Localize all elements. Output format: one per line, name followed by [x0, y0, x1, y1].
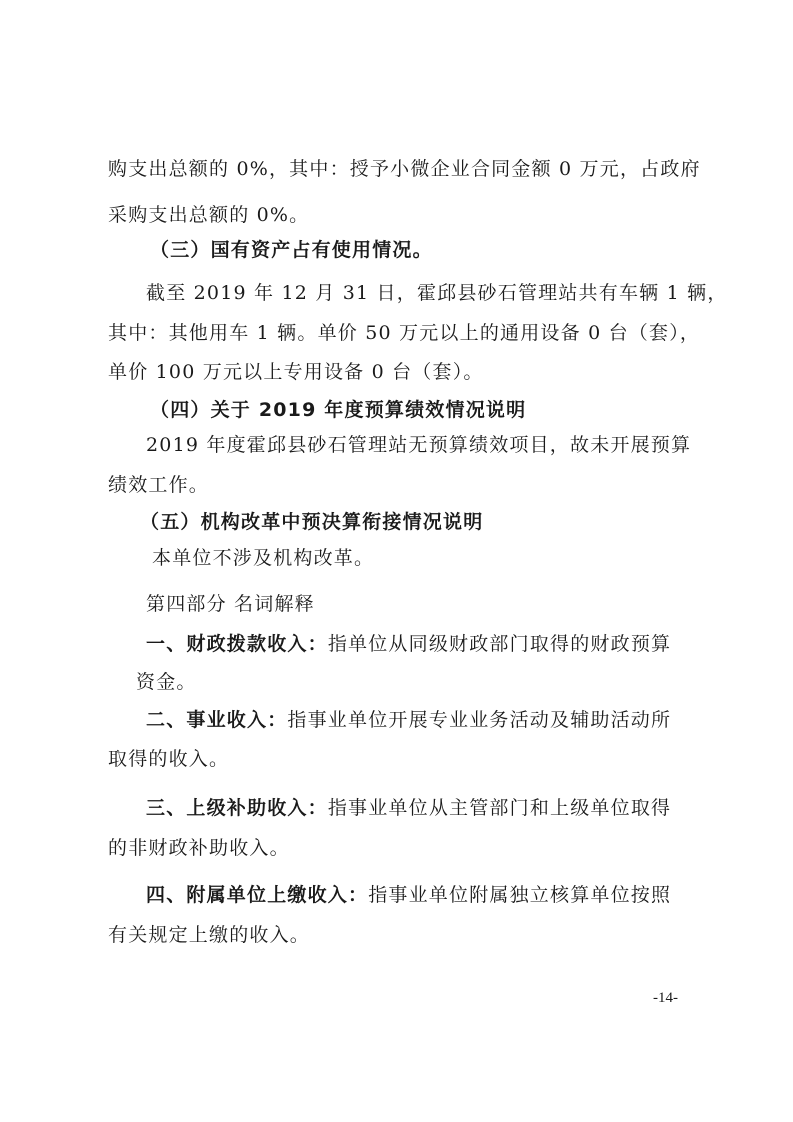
definition-line: 四、附属单位上缴收入：指事业单位附属独立核算单位按照: [146, 883, 671, 907]
paragraph-line: 其中：其他用车 1 辆。单价 50 万元以上的通用设备 0 台（套），: [108, 321, 700, 345]
paragraph-line: 单价 100 万元以上专用设备 0 台（套）。: [108, 360, 484, 384]
paragraph-line: 取得的收入。: [108, 747, 229, 771]
paragraph-line: 本单位不涉及机构改革。: [152, 546, 374, 570]
definition-term: 四、附属单位上缴收入：: [146, 884, 368, 906]
definition-line: 三、上级补助收入：指事业单位从主管部门和上级单位取得: [146, 796, 671, 820]
paragraph-line: 截至 2019 年 12 月 31 日，霍邱县砂石管理站共有车辆 1 辆，: [146, 281, 728, 305]
definition-term: 三、上级补助收入：: [146, 797, 328, 819]
definition-term: 一、财政拨款收入：: [146, 633, 328, 655]
definition-text: 指事业单位从主管部门和上级单位取得: [328, 797, 671, 819]
paragraph-line: 的非财政补助收入。: [108, 836, 290, 860]
paragraph-line: 购支出总额的 0%，其中：授予小微企业合同金额 0 万元，占政府: [108, 157, 701, 181]
definition-line: 二、事业收入：指事业单位开展专业业务活动及辅助活动所: [146, 708, 671, 732]
part-heading: 第四部分 名词解释: [146, 592, 315, 616]
paragraph-line: 有关规定上缴的收入。: [108, 923, 310, 947]
page-number: -14-: [653, 990, 678, 1007]
section-heading-3: （三）国有资产占有使用情况。: [150, 238, 433, 262]
definition-text: 指事业单位附属独立核算单位按照: [368, 884, 671, 906]
definition-text: 指单位从同级财政部门取得的财政预算: [328, 633, 671, 655]
paragraph-line: 绩效工作。: [108, 473, 209, 497]
definition-text: 指事业单位开展专业业务活动及辅助活动所: [287, 709, 671, 731]
definition-line: 一、财政拨款收入：指单位从同级财政部门取得的财政预算: [146, 632, 671, 656]
paragraph-line: 采购支出总额的 0%。: [108, 203, 309, 227]
section-heading-5: （五）机构改革中预决算衔接情况说明: [140, 510, 483, 534]
definition-term: 二、事业收入：: [146, 709, 287, 731]
section-heading-4: （四）关于 2019 年度预算绩效情况说明: [150, 398, 526, 422]
paragraph-line: 2019 年度霍邱县砂石管理站无预算绩效项目，故未开展预算: [146, 433, 691, 457]
paragraph-line: 资金。: [136, 670, 197, 694]
